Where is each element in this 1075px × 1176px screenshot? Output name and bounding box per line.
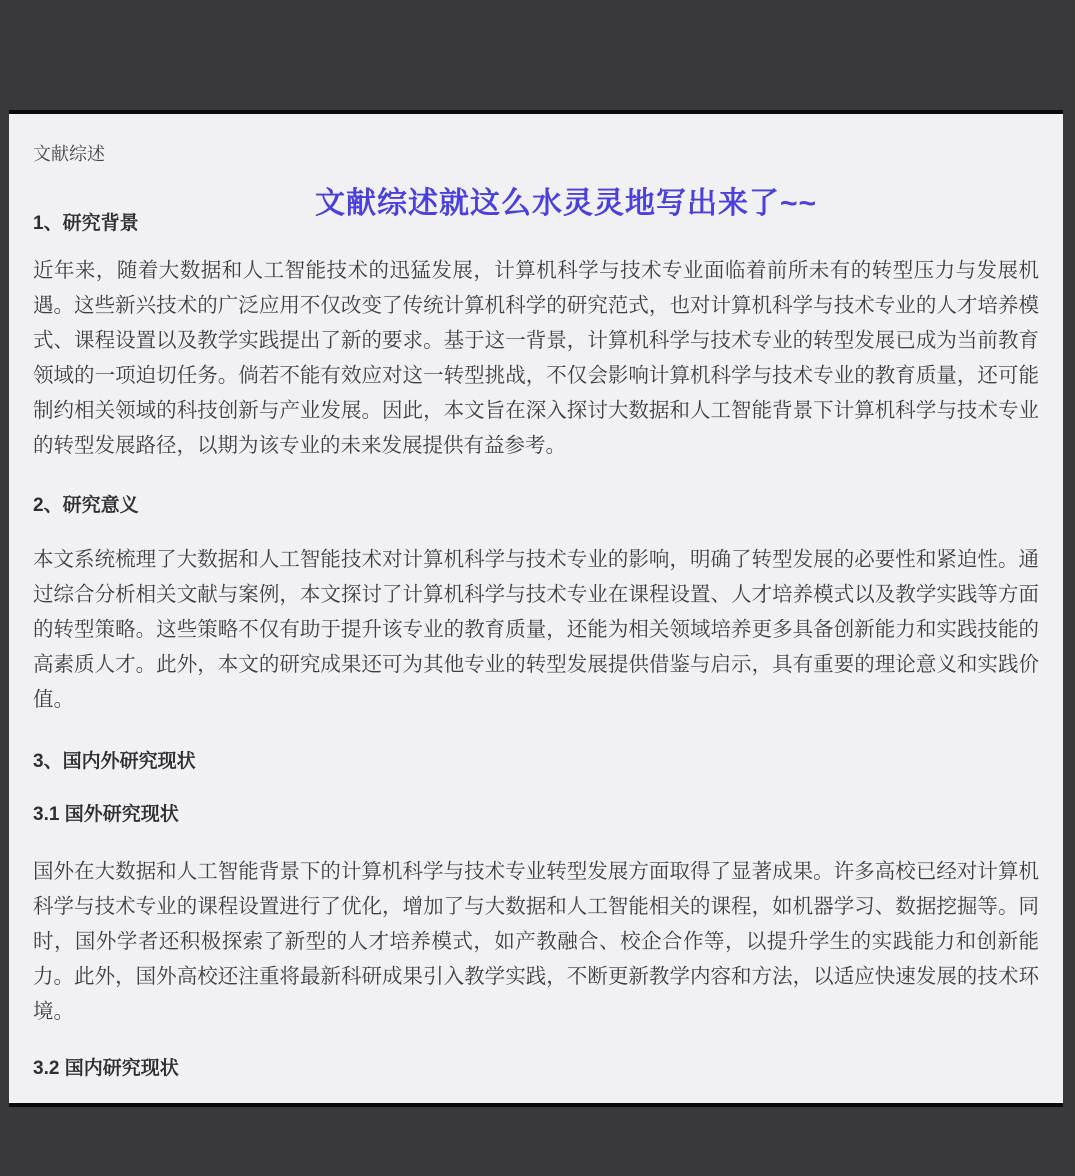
text-line: 过综合分析相关文献与案例，本文探讨了计算机科学与技术专业在课程设置、人才培养模式… xyxy=(33,577,1039,612)
text-line: 值。 xyxy=(33,682,1039,717)
screenshot-root: { "frame": { "band_color": "#39393b", "s… xyxy=(0,0,1075,1176)
text-line: 的转型策略。这些策略不仅有助于提升该专业的教育质量，还能为相关领域培养更多具备创… xyxy=(33,612,1039,647)
text-line: 本文系统梳理了大数据和人工智能技术对计算机科学与技术专业的影响，明确了转型发展的… xyxy=(33,542,1039,577)
bottom-letterbox-band xyxy=(0,1107,1075,1176)
text-line: 式、课程设置以及教学实践提出了新的要求。基于这一背景，计算机科学与技术专业的转型… xyxy=(33,323,1039,358)
text-line: 境。 xyxy=(33,994,1039,1029)
text-line: 近年来，随着大数据和人工智能技术的迅猛发展，计算机科学与技术专业面临着前所未有的… xyxy=(33,253,1039,288)
text-line: 遇。这些新兴技术的广泛应用不仅改变了传统计算机科学的研究范式，也对计算机科学与技… xyxy=(33,288,1039,323)
top-letterbox-band xyxy=(0,0,1075,110)
document-page: 文献综述就这么水灵灵地写出来了~~ 文献综述 1、研究背景 近年来，随着大数据和… xyxy=(9,110,1063,1107)
document-content: 文献综述 1、研究背景 近年来，随着大数据和人工智能技术的迅猛发展，计算机科学与… xyxy=(9,114,1063,1080)
section-heading-research-background: 1、研究背景 xyxy=(33,213,1039,235)
section-heading-research-status: 3、国内外研究现状 xyxy=(33,751,1039,773)
section-heading-foreign-research-status: 3.1 国外研究现状 xyxy=(33,804,1039,826)
text-line: 领域的一项迫切任务。倘若不能有效应对这一转型挑战，不仅会影响计算机科学与技术专业… xyxy=(33,358,1039,393)
paragraph-research-significance: 本文系统梳理了大数据和人工智能技术对计算机科学与技术专业的影响，明确了转型发展的… xyxy=(33,542,1039,717)
text-line: 的转型发展路径，以期为该专业的未来发展提供有益参考。 xyxy=(33,428,1039,463)
section-heading-research-significance: 2、研究意义 xyxy=(33,495,1039,517)
paragraph-foreign-research-status: 国外在大数据和人工智能背景下的计算机科学与技术专业转型发展方面取得了显著成果。许… xyxy=(33,854,1039,1029)
text-line: 国外在大数据和人工智能背景下的计算机科学与技术专业转型发展方面取得了显著成果。许… xyxy=(33,854,1039,889)
text-line: 高素质人才。此外，本文的研究成果还可为其他专业的转型发展提供借鉴与启示，具有重要… xyxy=(33,647,1039,682)
text-line: 力。此外，国外高校还注重将最新科研成果引入教学实践，不断更新教学内容和方法，以适… xyxy=(33,959,1039,994)
text-line: 科学与技术专业的课程设置进行了优化，增加了与大数据和人工智能相关的课程，如机器学… xyxy=(33,889,1039,924)
paragraph-research-background: 近年来，随着大数据和人工智能技术的迅猛发展，计算机科学与技术专业面临着前所未有的… xyxy=(33,253,1039,463)
text-line: 时，国外学者还积极探索了新型的人才培养模式，如产教融合、校企合作等，以提升学生的… xyxy=(33,924,1039,959)
text-line: 制约相关领域的科技创新与产业发展。因此，本文旨在深入探讨大数据和人工智能背景下计… xyxy=(33,393,1039,428)
document-title: 文献综述 xyxy=(33,143,1039,165)
section-heading-domestic-research-status: 3.2 国内研究现状 xyxy=(33,1058,1039,1080)
